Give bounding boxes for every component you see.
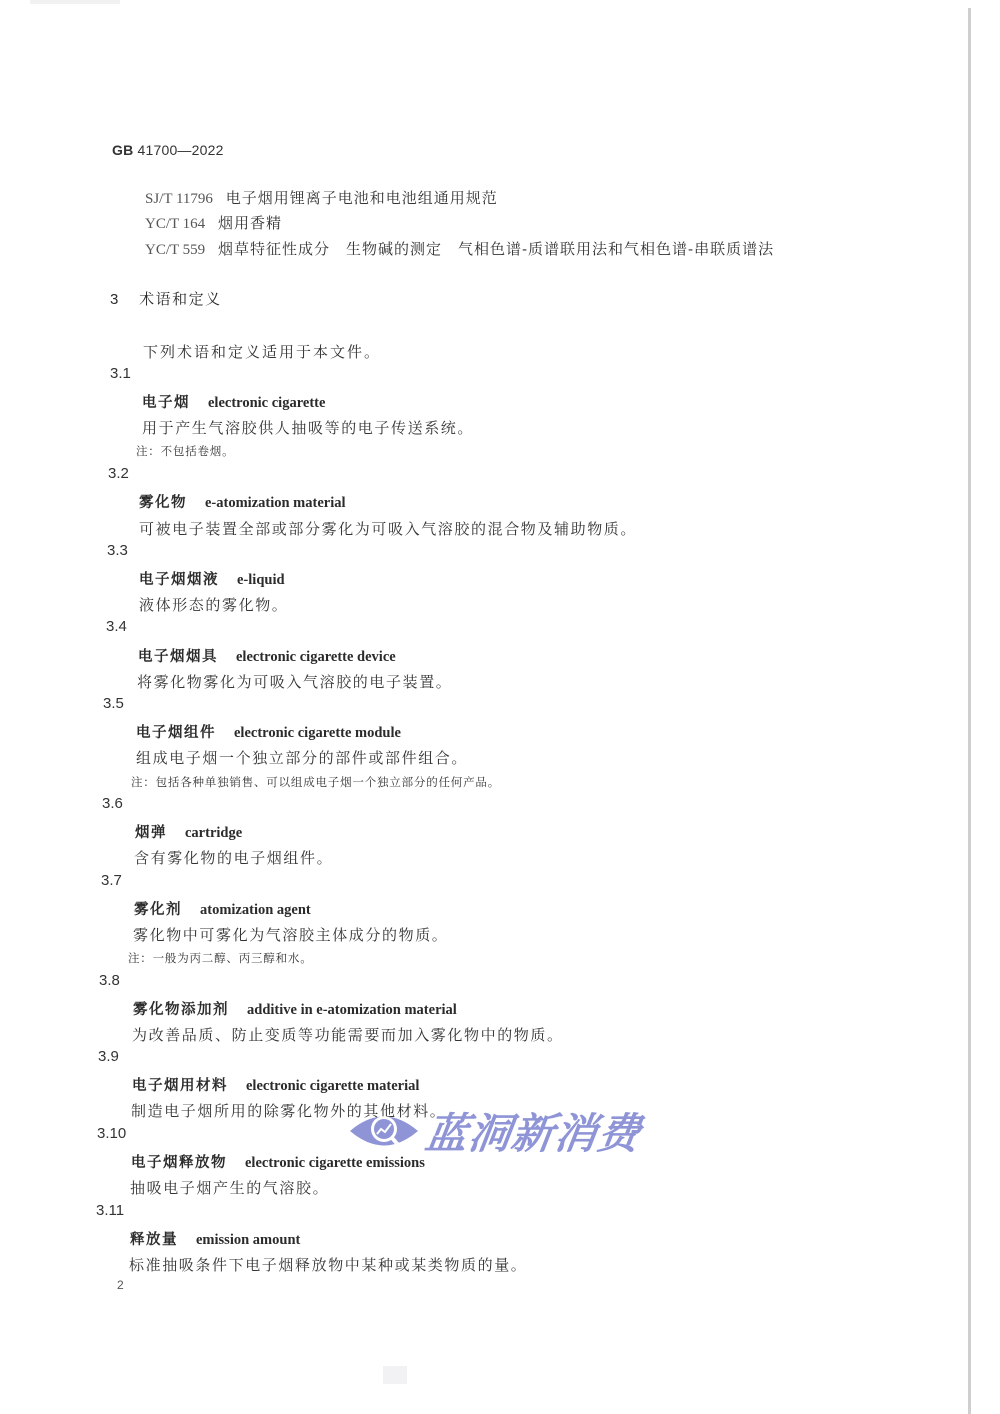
term-number: 3.2 — [108, 465, 129, 482]
term-name: 电子烟electronic cigarette — [142, 391, 325, 412]
reference-title: 烟草特征性成分 生物碱的测定 气相色谱-质谱联用法和气相色谱-串联质谱法 — [218, 240, 774, 258]
term-name: 雾化物添加剂additive in e-atomization material — [133, 998, 457, 1019]
reference-item: SJ/T 11796 电子烟用锂离子电池和电池组通用规范 — [145, 187, 498, 208]
term-definition: 将雾化物雾化为可吸入气溶胶的电子装置。 — [137, 671, 452, 692]
term-number: 3.3 — [107, 542, 128, 559]
term-definition: 为改善品质、防止变质等功能需要而加入雾化物中的物质。 — [132, 1024, 564, 1045]
term-number: 3.8 — [99, 972, 120, 989]
term-name-en: emission amount — [196, 1232, 300, 1248]
scan-artifact — [383, 1366, 407, 1384]
term-number: 3.6 — [102, 795, 123, 812]
reference-code: YC/T 164 — [145, 216, 205, 233]
term-name: 释放量emission amount — [130, 1228, 300, 1249]
term-number: 3.7 — [101, 872, 122, 889]
term-name: 烟弹cartridge — [135, 821, 242, 842]
section-title: 术语和定义 — [139, 290, 222, 308]
term-number: 3.4 — [106, 618, 127, 635]
page-edge-line — [968, 8, 971, 1414]
term-number: 3.11 — [96, 1202, 124, 1219]
reference-item: YC/T 559 烟草特征性成分 生物碱的测定 气相色谱-质谱联用法和气相色谱-… — [145, 238, 774, 259]
section-number: 3 — [110, 291, 118, 308]
section-heading: 3 术语和定义 — [110, 288, 222, 309]
term-name: 雾化物e-atomization material — [139, 491, 346, 512]
term-note: 注：不包括卷烟。 — [136, 443, 234, 459]
term-name-en: e-liquid — [237, 572, 285, 588]
term-name-zh: 电子烟组件 — [136, 724, 216, 741]
term-name-zh: 雾化物添加剂 — [133, 1001, 229, 1018]
term-name: 电子烟组件electronic cigarette module — [136, 721, 401, 742]
reference-title: 电子烟用锂离子电池和电池组通用规范 — [226, 189, 498, 207]
term-name-zh: 释放量 — [130, 1231, 178, 1248]
term-definition: 用于产生气溶胶供人抽吸等的电子传送系统。 — [142, 417, 474, 438]
term-name-zh: 烟弹 — [135, 824, 167, 841]
term-name-zh: 电子烟释放物 — [131, 1154, 227, 1171]
term-name: 电子烟烟具electronic cigarette device — [138, 645, 396, 666]
page-number: 2 — [117, 1278, 124, 1292]
term-name-en: cartridge — [185, 825, 242, 841]
term-name: 雾化剂atomization agent — [134, 898, 311, 919]
term-definition: 雾化物中可雾化为气溶胶主体成分的物质。 — [133, 924, 448, 945]
term-number: 3.5 — [103, 695, 124, 712]
term-definition: 抽吸电子烟产生的气溶胶。 — [130, 1177, 329, 1198]
term-name: 电子烟用材料electronic cigarette material — [132, 1074, 419, 1095]
term-name-zh: 电子烟烟液 — [139, 571, 219, 588]
term-name-en: electronic cigarette device — [236, 649, 396, 665]
eye-magnifier-chart-icon — [348, 1108, 420, 1154]
term-number: 3.10 — [97, 1125, 126, 1142]
watermark: 蓝洞新消费 — [348, 1104, 641, 1158]
watermark-text: 蓝洞新消费 — [422, 1101, 645, 1161]
term-name-zh: 电子烟用材料 — [132, 1077, 228, 1094]
scan-shadow — [30, 0, 120, 4]
term-name-zh: 雾化剂 — [134, 901, 182, 918]
term-note: 注：包括各种单独销售、可以组成电子烟一个独立部分的任何产品。 — [131, 774, 500, 790]
term-name-en: e-atomization material — [205, 495, 346, 511]
term-definition: 含有雾化物的电子烟组件。 — [134, 847, 333, 868]
term-name-en: electronic cigarette material — [246, 1078, 419, 1094]
term-name-zh: 雾化物 — [139, 494, 187, 511]
term-definition: 可被电子装置全部或部分雾化为可吸入气溶胶的混合物及辅助物质。 — [139, 518, 637, 539]
reference-code: SJ/T 11796 — [145, 191, 213, 208]
document-header: GB 41700—2022 — [112, 142, 224, 158]
term-name-en: electronic cigarette module — [234, 725, 401, 741]
term-name: 电子烟烟液e-liquid — [139, 568, 285, 589]
term-note: 注：一般为丙二醇、丙三醇和水。 — [128, 950, 313, 966]
reference-title: 烟用香精 — [218, 214, 282, 232]
term-number: 3.1 — [110, 365, 131, 382]
standard-prefix: GB — [112, 142, 133, 158]
term-name-zh: 电子烟 — [142, 394, 190, 411]
term-definition: 标准抽吸条件下电子烟释放物中某种或某类物质的量。 — [129, 1254, 527, 1275]
term-definition: 液体形态的雾化物。 — [139, 594, 288, 615]
term-name-en: additive in e-atomization material — [247, 1002, 457, 1018]
standard-number: 41700—2022 — [138, 142, 224, 158]
term-name-zh: 电子烟烟具 — [138, 648, 218, 665]
term-number: 3.9 — [98, 1048, 119, 1065]
reference-code: YC/T 559 — [145, 242, 205, 259]
reference-item: YC/T 164 烟用香精 — [145, 212, 282, 233]
term-name-en: electronic cigarette — [208, 395, 325, 411]
term-definition: 组成电子烟一个独立部分的部件或部件组合。 — [136, 747, 468, 768]
term-name-en: atomization agent — [200, 902, 311, 918]
section-intro: 下列术语和定义适用于本文件。 — [143, 341, 381, 362]
